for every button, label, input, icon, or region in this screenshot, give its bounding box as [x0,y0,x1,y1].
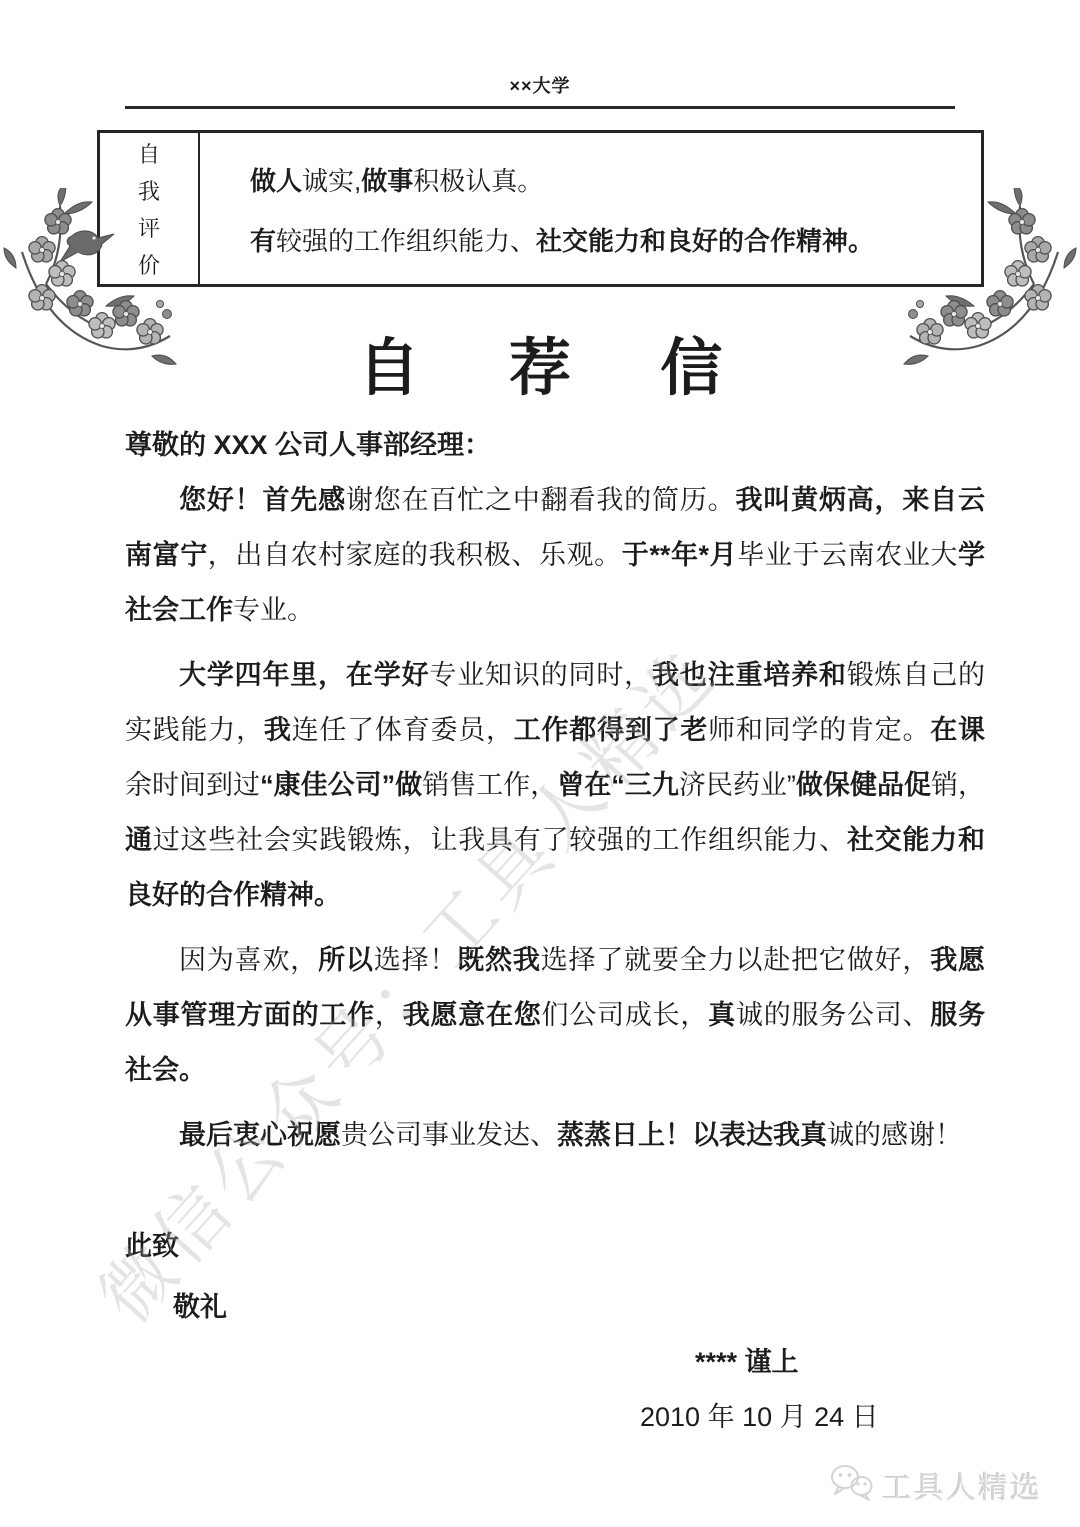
eval-label-char: 自 [138,138,160,169]
bird-silhouette [60,231,114,262]
floral-ornament-right [900,188,1078,376]
closing-date: 2010 年 10 月 24 日 [640,1390,985,1445]
brand-watermark-text: 工具人精选 [882,1463,1042,1507]
self-evaluation-content: 做人诚实,做事积极认真。 有较强的工作组织能力、社交能力和良好的合作精神。 [200,133,981,284]
letter-body: 尊敬的 XXX 公司人事部经理： 您好！首先感谢您在百忙之中翻看我的简历。我叫黄… [125,418,985,1445]
letter-paragraph-1: 您好！首先感谢您在百忙之中翻看我的简历。我叫黄炳高，来自云南富宁，出自农村家庭的… [125,473,985,638]
header-divider-rule [125,106,955,109]
brand-watermark: 工具人精选 [830,1463,1042,1507]
closing-cizhi: 此致 [125,1219,985,1274]
letter-paragraph-2: 大学四年里，在学好专业知识的同时，我也注重培养和锻炼自己的实践能力，我连任了体育… [125,648,985,923]
closing-jingli: 敬礼 [125,1280,985,1335]
letter-salutation: 尊敬的 XXX 公司人事部经理： [125,418,985,473]
page-header-school-name: ××大学 [0,72,1080,98]
letter-paragraph-3: 因为喜欢，所以选择！既然我选择了就要全力以赴把它做好，我愿从事管理方面的工作，我… [125,933,985,1098]
resume-cover-letter-page: ××大学 自 我 评 价 做人诚实,做事积极认真。 有较强的工作组织能力、社交能… [0,0,1080,1527]
wechat-icon [830,1464,874,1507]
self-evaluation-line: 做人诚实,做事积极认真。 [250,151,961,211]
floral-ornament-left [2,188,180,376]
self-evaluation-box: 自 我 评 价 做人诚实,做事积极认真。 有较强的工作组织能力、社交能力和良好的… [97,130,984,287]
closing-signature: **** 谨上 [695,1335,985,1390]
letter-paragraph-4: 最后衷心祝愿贵公司事业发达、蒸蒸日上！以表达我真诚的感谢！ [125,1108,985,1163]
self-evaluation-line: 有较强的工作组织能力、社交能力和良好的合作精神。 [250,211,961,271]
